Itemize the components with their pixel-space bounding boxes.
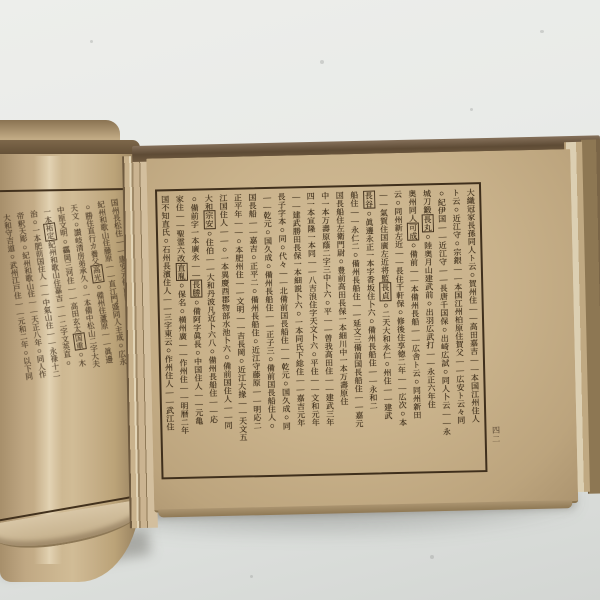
left-page-text-block: 永和二代重吉子○備中青江恒次○伯耆和次元国州長松住——康安元備前国住人——建徳二… [0,194,138,534]
boxed-name: 直胤 [175,262,187,281]
right-page-text-frame: 大織冠家長孫同人ト云○賀州住——高田嘉吉——本国江州住人ト云○近江守○宗銀——本… [155,182,487,479]
boxed-name: 宗安 [203,211,215,230]
folio-page-number: 四二 [490,426,501,444]
surface-speck [320,60,324,64]
boxed-name: 長貞 [379,282,391,301]
boxed-name: 長谷 [363,191,375,210]
boxed-name: 長丸 [421,214,433,233]
surface-speck [90,40,93,43]
right-page-block: 大織冠家長孫同人ト云○賀州住——高田嘉吉——本国江州住人ト云○近江守○宗銀——本… [132,135,600,518]
photo-canvas: { "scene_colors": { "surface_background"… [0,0,600,600]
boxed-name: 可成 [407,222,419,241]
surface-speck [430,555,434,559]
surface-speck [250,575,253,578]
surface-speck [540,30,544,33]
left-page-columns: 永和二代重吉子○備中青江恒次○伯耆和次元国州長松住——康安元備前国住人——建徳二… [0,196,138,534]
boxed-name: 長勝 [190,279,202,298]
surface-speck [470,108,473,111]
